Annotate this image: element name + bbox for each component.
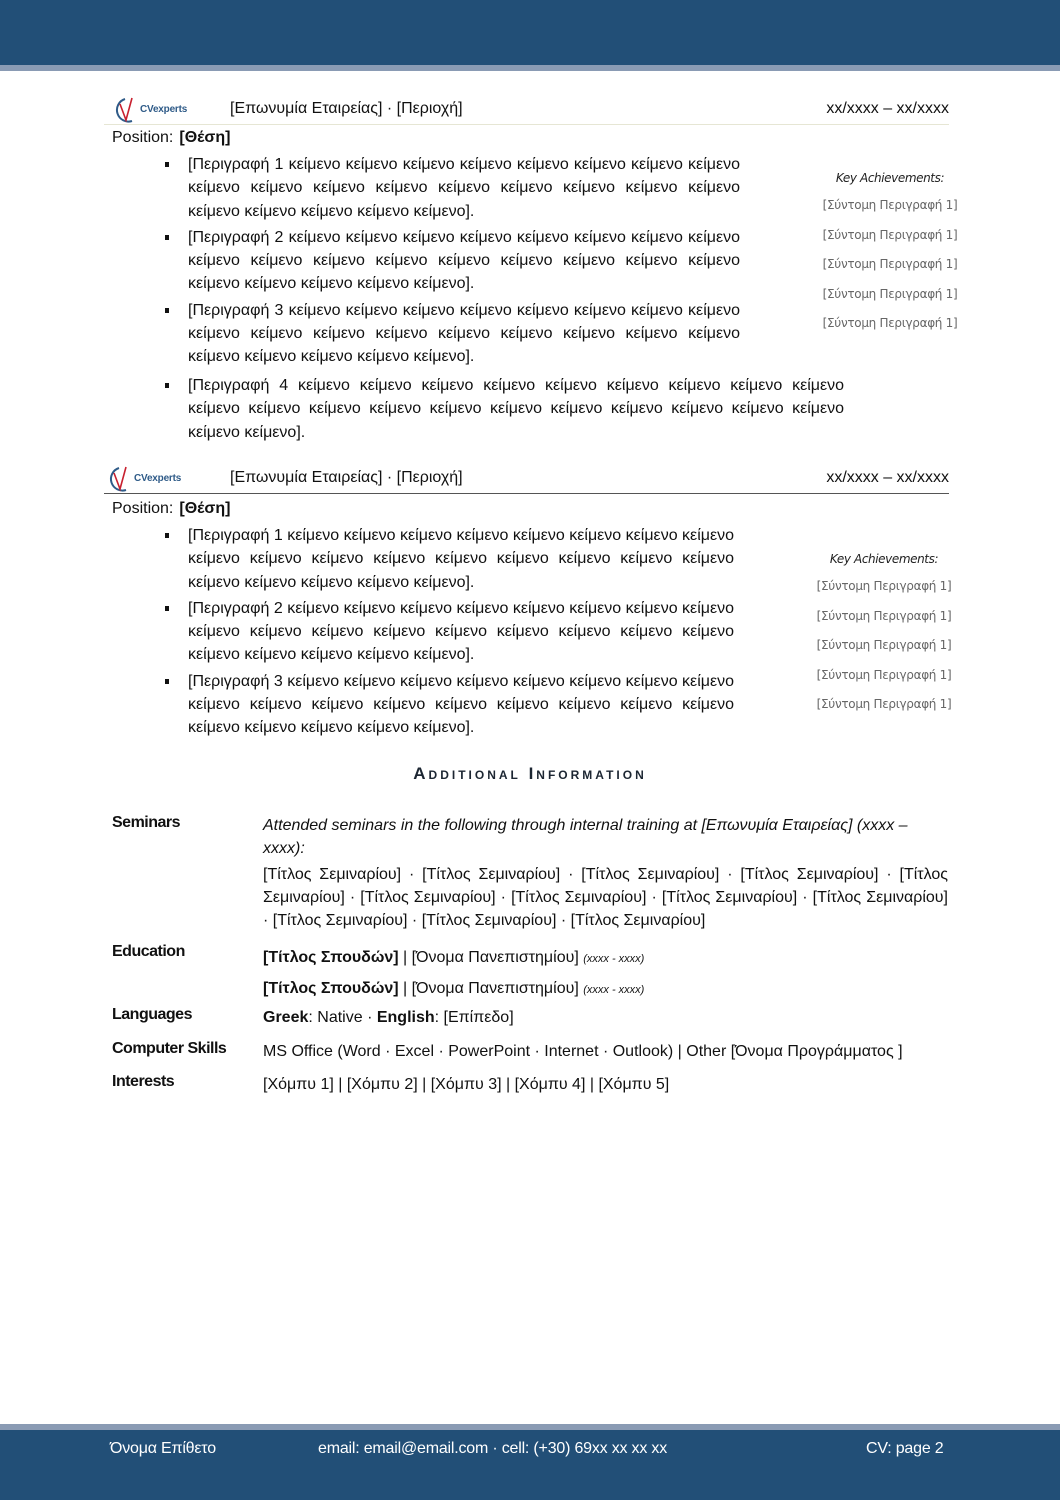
- job-position: Position:[Θέση]: [112, 129, 230, 147]
- key-achievements-title: Key Achievements:: [804, 552, 964, 566]
- computer-skills-value: MS Office (Word · Excel · PowerPoint · I…: [263, 1040, 948, 1063]
- achievement-item: [Σύντομη Περιγραφή 1]: [804, 697, 964, 727]
- university-name: [Όνομα Πανεπιστημίου]: [412, 949, 579, 966]
- bullet-item: [Περιγραφή 2 κείμενο κείμενο κείμενο κεί…: [160, 226, 740, 296]
- position-value: [Θέση]: [179, 129, 230, 146]
- achievement-item: [Σύντομη Περιγραφή 1]: [810, 287, 970, 317]
- separator: |: [399, 949, 412, 966]
- job-bullets-wide: [Περιγραφή 4 κείμενο κείμενο κείμενο κεί…: [160, 374, 844, 447]
- cvexperts-logo: CVexperts: [106, 465, 196, 491]
- company-name: [Επωνυμία Εταιρείας] · [Περιοχή]: [230, 469, 463, 487]
- job-dates: xx/xxxx – xx/xxxx: [826, 100, 949, 118]
- section-title-additional-information: Additional Information: [0, 764, 1060, 784]
- achievement-item: [Σύντομη Περιγραφή 1]: [810, 316, 970, 346]
- company-name: [Επωνυμία Εταιρείας] · [Περιοχή]: [230, 100, 463, 118]
- separator: ·: [363, 1009, 377, 1026]
- seminars-label: Seminars: [112, 814, 180, 832]
- job-bullets: [Περιγραφή 1 κείμενο κείμενο κείμενο κεί…: [160, 524, 734, 743]
- degree-title: [Τίτλος Σπουδών]: [263, 980, 399, 997]
- education-years: (xxxx - xxxx): [583, 953, 644, 965]
- achievement-item: [Σύντομη Περιγραφή 1]: [804, 638, 964, 668]
- key-achievements: Key Achievements: [Σύντομη Περιγραφή 1] …: [804, 552, 964, 727]
- job-header: CVexperts [Επωνυμία Εταιρείας] · [Περιοχ…: [104, 94, 949, 125]
- key-achievements: Key Achievements: [Σύντομη Περιγραφή 1] …: [810, 171, 970, 346]
- bullet-item: [Περιγραφή 3 κείμενο κείμενο κείμενο κεί…: [160, 670, 734, 740]
- seminars-list: [Τίτλος Σεμιναρίου] · [Τίτλος Σεμιναρίου…: [263, 863, 948, 933]
- achievement-item: [Σύντομη Περιγραφή 1]: [810, 257, 970, 287]
- computer-skills-label: Computer Skills: [112, 1040, 226, 1058]
- position-label: Position:: [112, 129, 173, 146]
- interests-value: [Χόμπυ 1] | [Χόμπυ 2] | [Χόμπυ 3] | [Χόμ…: [263, 1073, 948, 1096]
- degree-title: [Τίτλος Σπουδών]: [263, 949, 399, 966]
- logo-text: CVexperts: [134, 473, 181, 484]
- languages-value: Greek: Native · English: [Επίπεδο]: [263, 1006, 948, 1029]
- cvexperts-logo: CVexperts: [112, 96, 202, 122]
- education-years: (xxxx - xxxx): [583, 984, 644, 996]
- job-position: Position:[Θέση]: [112, 500, 230, 518]
- bullet-item: [Περιγραφή 2 κείμενο κείμενο κείμενο κεί…: [160, 597, 734, 667]
- seminars-intro: Attended seminars in the following throu…: [263, 814, 948, 861]
- header-band: [0, 0, 1060, 65]
- education-entry: [Τίτλος Σπουδών] | [Όνομα Πανεπιστημίου]…: [263, 943, 948, 974]
- education-entry: [Τίτλος Σπουδών] | [Όνομα Πανεπιστημίου]…: [263, 974, 948, 1005]
- position-label: Position:: [112, 500, 173, 517]
- job-header: CVexperts [Επωνυμία Εταιρείας] · [Περιοχ…: [104, 463, 949, 494]
- footer: Όνομα Επίθετο email: email@email.com · c…: [0, 1430, 1060, 1500]
- logo-mark-icon: [112, 96, 140, 124]
- achievement-item: [Σύντομη Περιγραφή 1]: [810, 228, 970, 258]
- achievement-item: [Σύντομη Περιγραφή 1]: [810, 198, 970, 228]
- education-value: [Τίτλος Σπουδών] | [Όνομα Πανεπιστημίου]…: [263, 943, 948, 1005]
- achievement-item: [Σύντομη Περιγραφή 1]: [804, 668, 964, 698]
- key-achievements-title: Key Achievements:: [810, 171, 970, 185]
- achievement-item: [Σύντομη Περιγραφή 1]: [804, 579, 964, 609]
- university-name: [Όνομα Πανεπιστημίου]: [412, 980, 579, 997]
- language-name: Greek: [263, 1009, 308, 1026]
- position-value: [Θέση]: [179, 500, 230, 517]
- logo-text: CVexperts: [140, 104, 187, 115]
- bullet-item: [Περιγραφή 4 κείμενο κείμενο κείμενο κεί…: [160, 374, 844, 444]
- languages-label: Languages: [112, 1006, 192, 1024]
- footer-contact: email: email@email.com · cell: (+30) 69x…: [318, 1440, 667, 1458]
- language-level: : Native: [308, 1009, 362, 1026]
- logo-mark-icon: [106, 465, 134, 493]
- job-dates: xx/xxxx – xx/xxxx: [826, 469, 949, 487]
- achievement-item: [Σύντομη Περιγραφή 1]: [804, 609, 964, 639]
- bullet-item: [Περιγραφή 1 κείμενο κείμενο κείμενο κεί…: [160, 153, 740, 223]
- separator: |: [399, 980, 412, 997]
- job-bullets: [Περιγραφή 1 κείμενο κείμενο κείμενο κεί…: [160, 153, 740, 372]
- interests-label: Interests: [112, 1073, 174, 1091]
- footer-name: Όνομα Επίθετο: [110, 1440, 216, 1458]
- language-name: English: [377, 1009, 435, 1026]
- bullet-item: [Περιγραφή 1 κείμενο κείμενο κείμενο κεί…: [160, 524, 734, 594]
- header-strip: [0, 65, 1060, 71]
- bullet-item: [Περιγραφή 3 κείμενο κείμενο κείμενο κεί…: [160, 299, 740, 369]
- seminars-value: Attended seminars in the following throu…: [263, 814, 948, 932]
- education-label: Education: [112, 943, 185, 961]
- language-level: : [Επίπεδο]: [435, 1009, 514, 1026]
- footer-page-number: CV: page 2: [866, 1440, 943, 1458]
